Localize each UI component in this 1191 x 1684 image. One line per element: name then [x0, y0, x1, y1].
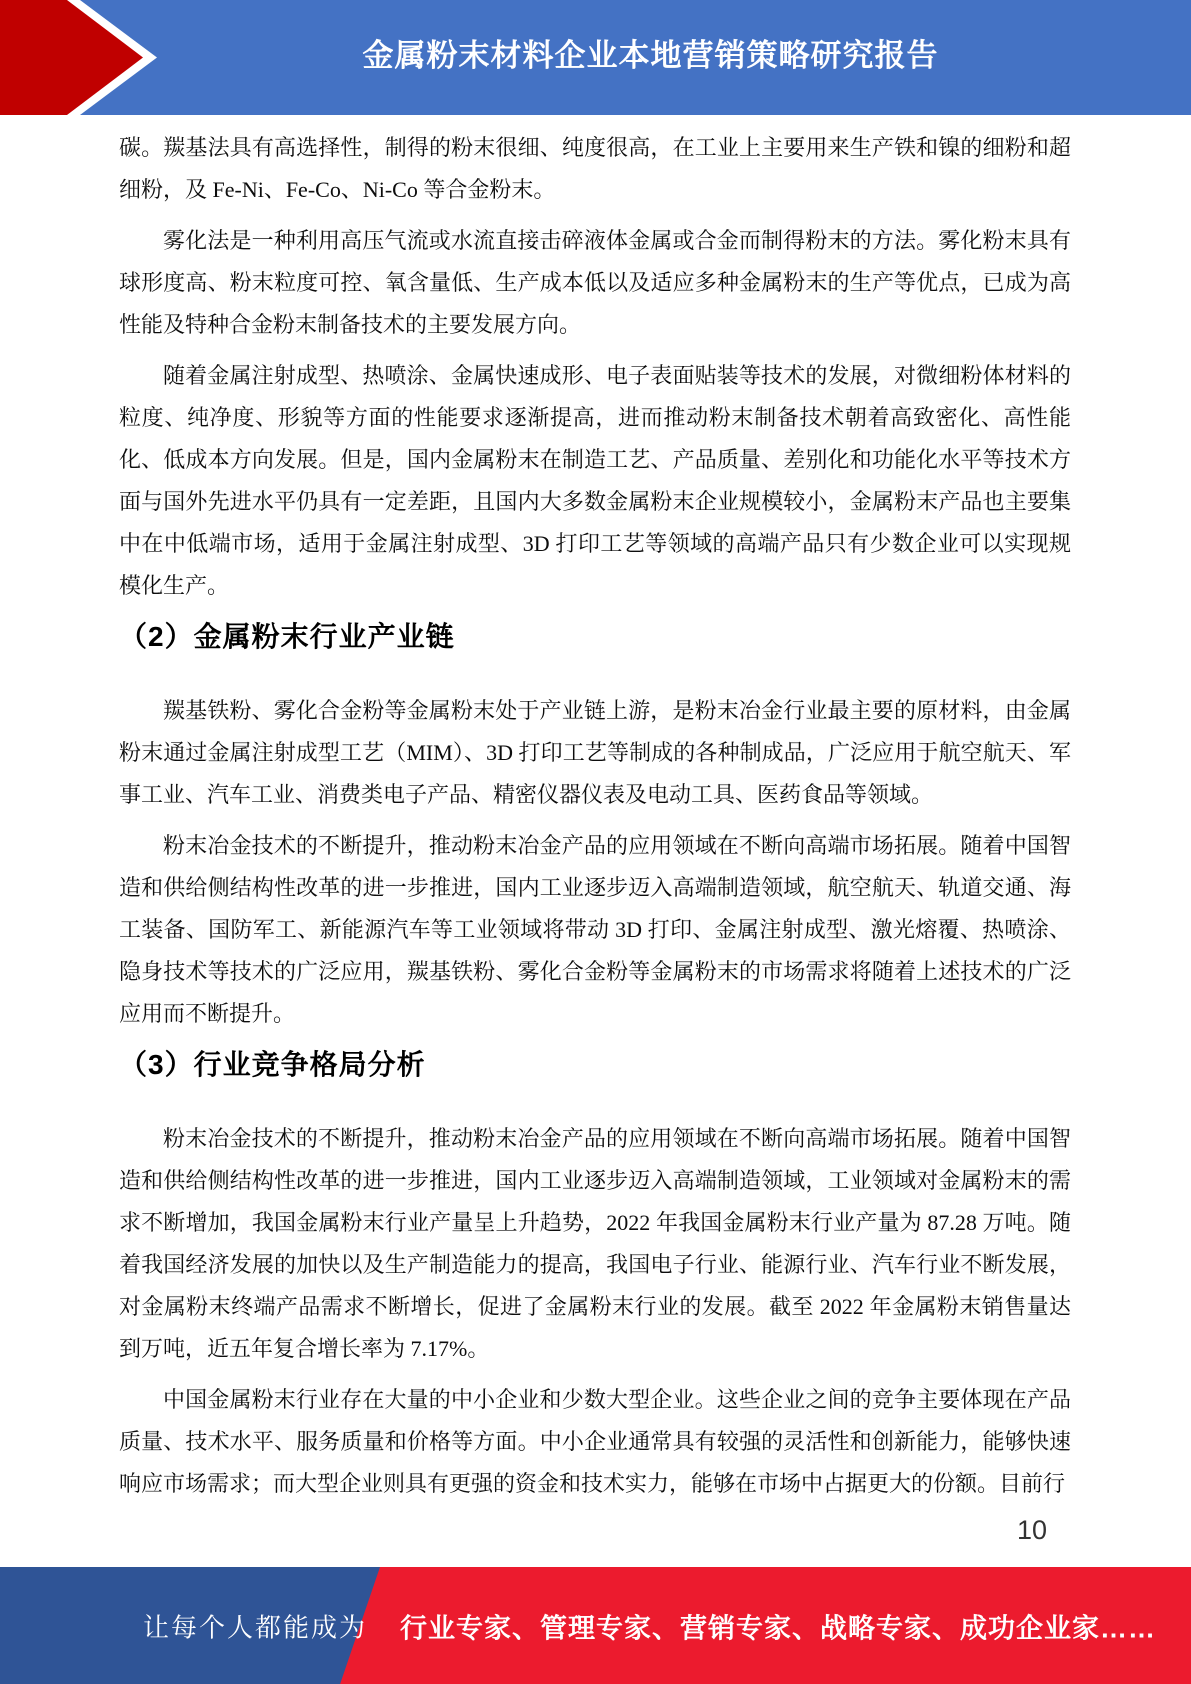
footer-slogan-left: 让每个人都能成为	[143, 1607, 367, 1644]
body-paragraph: 碳。羰基法具有高选择性，制得的粉末很细、纯度很高，在工业上主要用来生产铁和镍的细…	[119, 127, 1071, 211]
section-heading-industry-chain: （2）金属粉末行业产业链	[119, 619, 1071, 655]
footer-band: 让每个人都能成为 行业专家、管理专家、营销专家、战略专家、成功企业家……	[0, 1567, 1191, 1684]
body-paragraph: 羰基铁粉、雾化合金粉等金属粉末处于产业链上游，是粉末冶金行业最主要的原材料，由金…	[119, 690, 1071, 816]
arrow-banner-icon	[0, 0, 160, 115]
header-band: 金属粉末材料企业本地营销策略研究报告	[0, 0, 1191, 115]
document-body: 碳。羰基法具有高选择性，制得的粉末很细、纯度很高，在工业上主要用来生产铁和镍的细…	[119, 127, 1071, 1514]
body-paragraph: 粉末冶金技术的不断提升，推动粉末冶金产品的应用领域在不断向高端市场拓展。随着中国…	[119, 825, 1071, 1035]
report-title: 金属粉末材料企业本地营销策略研究报告	[213, 30, 979, 85]
footer-slogan-right: 行业专家、管理专家、营销专家、战略专家、成功企业家……	[400, 1606, 1156, 1645]
body-paragraph: 中国金属粉末行业存在大量的中小企业和少数大型企业。这些企业之间的竞争主要体现在产…	[119, 1379, 1071, 1505]
body-paragraph: 雾化法是一种利用高压气流或水流直接击碎液体金属或合金而制得粉末的方法。雾化粉末具…	[119, 220, 1071, 346]
section-heading-competition-analysis: （3）行业竞争格局分析	[119, 1047, 1071, 1083]
page-number: 10	[1017, 1515, 1047, 1546]
document-page: 金属粉末材料企业本地营销策略研究报告 碳。羰基法具有高选择性，制得的粉末很细、纯…	[0, 0, 1191, 1684]
body-paragraph: 粉末冶金技术的不断提升，推动粉末冶金产品的应用领域在不断向高端市场拓展。随着中国…	[119, 1118, 1071, 1370]
body-paragraph: 随着金属注射成型、热喷涂、金属快速成形、电子表面贴装等技术的发展，对微细粉体材料…	[119, 355, 1071, 607]
